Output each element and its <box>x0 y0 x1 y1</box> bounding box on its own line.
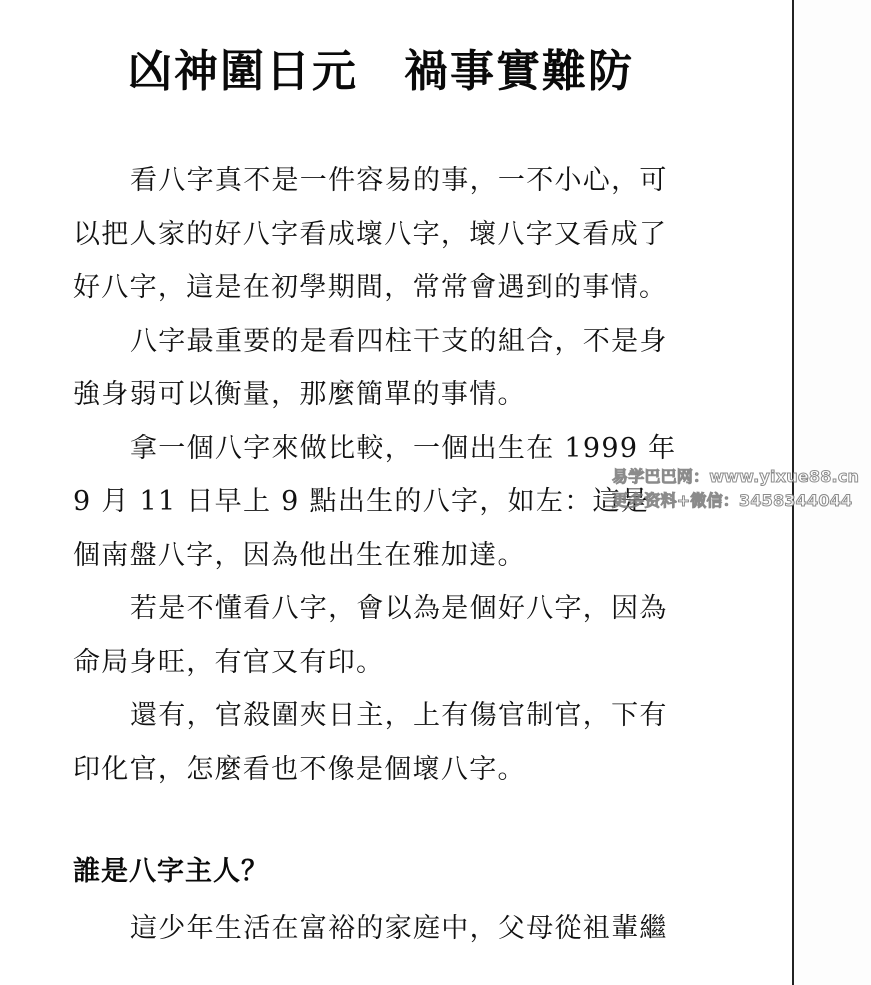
watermark-line-1: 易学巴巴网：www.yixue88.cn <box>612 465 859 489</box>
section-body: 這少年生活在富裕的家庭中，父母從祖輩繼 <box>73 902 673 956</box>
paragraph-3-line-2: 9 月 11 日早上 9 點出生的八字，如左：這是 <box>73 475 673 529</box>
paragraph-3-line-1: 拿一個八字來做比較，一個出生在 1999 年 <box>73 422 673 476</box>
watermark: 易学巴巴网：www.yixue88.cn 更多资料+微信：3458344044 <box>612 465 859 513</box>
paragraph-5-line-2: 印化官，怎麼看也不像是個壞八字。 <box>73 743 673 797</box>
body-text: 看八字真不是一件容易的事，一不小心，可 以把人家的好八字看成壞八字，壞八字又看成… <box>73 154 673 796</box>
paragraph-2-line-1: 八字最重要的是看四柱干支的組合，不是身 <box>73 315 673 369</box>
paragraph-1-line-2: 以把人家的好八字看成壞八字，壞八字又看成了 <box>73 208 673 262</box>
watermark-line-2: 更多资料+微信：3458344044 <box>612 489 859 513</box>
chapter-title: 凶神圍日元 禍事實難防 <box>128 44 634 100</box>
section-heading: 誰是八字主人？ <box>73 852 269 892</box>
paragraph-4-line-2: 命局身旺，有官又有印。 <box>73 636 673 690</box>
paragraph-3-line-3: 個南盤八字，因為他出生在雅加達。 <box>73 529 673 583</box>
paragraph-5-line-1: 還有，官殺圍夾日主，上有傷官制官，下有 <box>73 689 673 743</box>
paragraph-1-line-1: 看八字真不是一件容易的事，一不小心，可 <box>73 154 673 208</box>
paragraph-1-line-3: 好八字，這是在初學期間，常常會遇到的事情。 <box>73 261 673 315</box>
paragraph-2-line-2: 強身弱可以衡量，那麼簡單的事情。 <box>73 368 673 422</box>
paragraph-4-line-1: 若是不懂看八字，會以為是個好八字，因為 <box>73 582 673 636</box>
section-paragraph-line-1: 這少年生活在富裕的家庭中，父母從祖輩繼 <box>73 902 673 956</box>
